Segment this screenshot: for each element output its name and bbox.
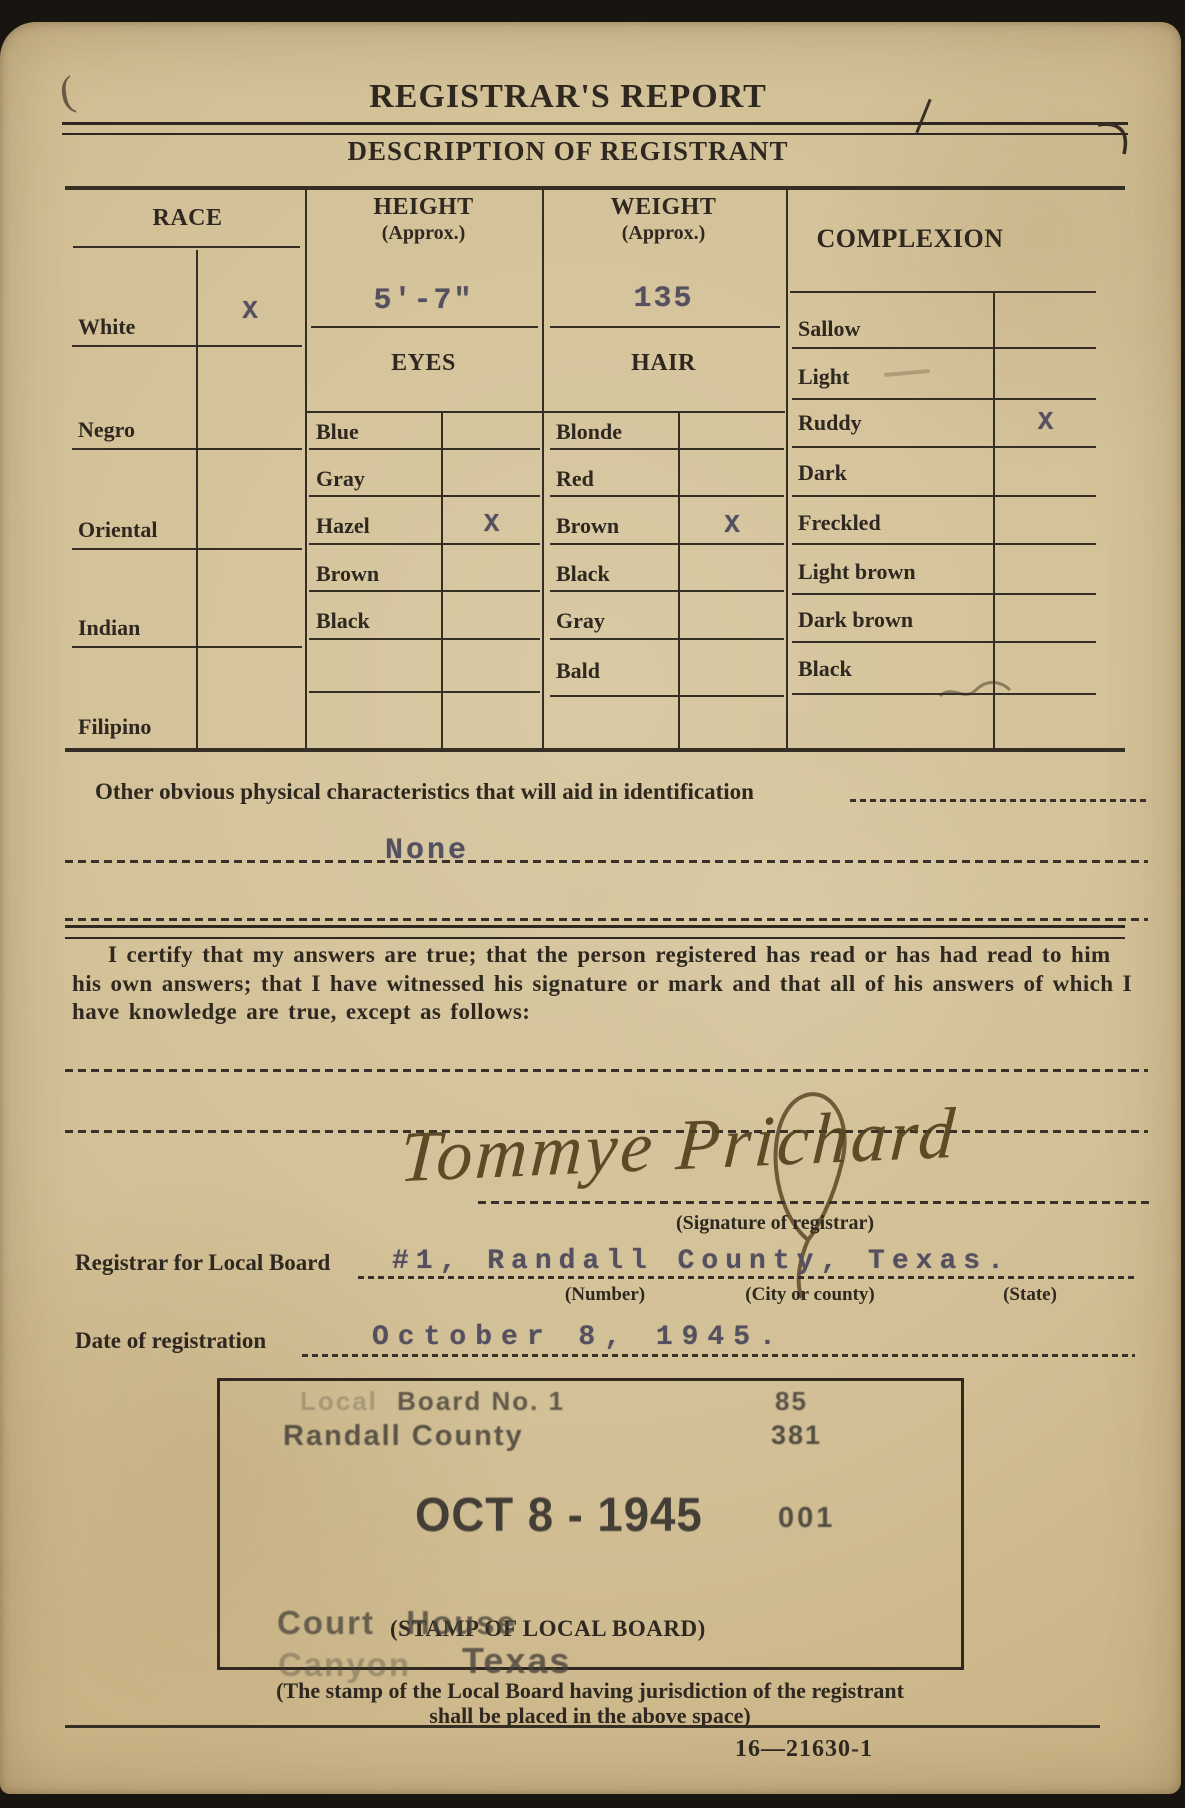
- section-rule: [65, 186, 1125, 190]
- complexion-row-line: [792, 543, 1096, 545]
- eyes-option-gray: Gray: [316, 466, 365, 492]
- hair-option-brown: Brown: [556, 513, 619, 539]
- race-row-line: [72, 345, 302, 347]
- weight-value: 135: [542, 282, 785, 316]
- write-in-line: [65, 860, 1148, 863]
- complexion-option-light: Light: [798, 364, 849, 390]
- eyes-row-line: [309, 448, 540, 450]
- registrar-label: Registrar for Local Board: [75, 1250, 330, 1276]
- signature-caption: (Signature of registrar): [600, 1212, 950, 1235]
- complexion-option-dark-brown: Dark brown: [798, 607, 913, 633]
- race-option-indian: Indian: [78, 615, 140, 641]
- registrar-value: #1, Randall County, Texas.: [392, 1246, 1011, 1277]
- race-option-negro: Negro: [78, 417, 135, 443]
- height-subheader: (Approx.): [305, 222, 542, 245]
- stamp-county-line: Randall County: [283, 1420, 524, 1453]
- hair-row-line: [550, 695, 784, 697]
- complexion-top-line: [790, 291, 1096, 293]
- title-rule: [62, 122, 1128, 135]
- complexion-option-freckled: Freckled: [798, 510, 881, 536]
- hair-option-red: Red: [556, 466, 594, 492]
- stamp-caption-line1: (The stamp of the Local Board having jur…: [140, 1678, 1040, 1704]
- table-bottom-rule: [65, 748, 1125, 752]
- race-row-line: [72, 646, 302, 648]
- complexion-row-line: [792, 398, 1096, 400]
- race-header-underline: [73, 246, 300, 248]
- hair-mark-brown: X: [680, 510, 784, 540]
- height-header: HEIGHT: [305, 194, 542, 221]
- write-in-line: [65, 1069, 1148, 1072]
- eyes-check-divider: [441, 411, 443, 750]
- complexion-check-divider: [993, 291, 995, 750]
- eyes-option-blue: Blue: [316, 419, 359, 445]
- hair-option-blonde: Blonde: [556, 419, 622, 445]
- write-in-line: [65, 918, 1148, 921]
- stamp-board-rest: Board No. 1: [397, 1386, 565, 1416]
- hair-option-bald: Bald: [556, 658, 600, 684]
- stamp-date: OCT 8 - 1945: [415, 1488, 703, 1543]
- eyes-mark-hazel: X: [443, 509, 540, 539]
- race-option-filipino: Filipino: [78, 714, 151, 740]
- hair-header: HAIR: [542, 350, 785, 377]
- certification-text: I certify that my answers are true; that…: [72, 941, 1132, 1027]
- section-title: DESCRIPTION OF REGISTRANT: [68, 136, 1068, 167]
- eyes-option-brown: Brown: [316, 561, 379, 587]
- complexion-row-line: [792, 495, 1096, 497]
- weight-complexion-divider: [786, 188, 788, 750]
- section-divider-rule: [65, 925, 1125, 939]
- stamp-state: Texas: [462, 1640, 571, 1682]
- registration-date-label: Date of registration: [75, 1328, 266, 1354]
- scanned-document: ( REGISTRAR'S REPORT DESCRIPTION OF REGI…: [0, 0, 1185, 1808]
- smudge-mark: [884, 369, 930, 377]
- registrar-sublabel-city: (City or county): [710, 1284, 910, 1306]
- hair-option-gray: Gray: [556, 608, 605, 634]
- height-value: 5'-7": [305, 284, 542, 318]
- eyes-option-hazel: Hazel: [316, 513, 370, 539]
- weight-value-underline: [550, 326, 780, 328]
- complexion-mark-ruddy: X: [995, 407, 1096, 437]
- form-number: 16—21630-1: [735, 1736, 873, 1763]
- complexion-option-black: Black: [798, 656, 852, 682]
- complexion-row-line: [792, 446, 1096, 448]
- stamp-board-number: 85: [775, 1386, 808, 1417]
- complexion-row-line: [792, 593, 1096, 595]
- race-row-line: [72, 448, 302, 450]
- complexion-option-ruddy: Ruddy: [798, 410, 862, 436]
- registration-date-dash-fill: [302, 1354, 1135, 1357]
- hair-row-line: [550, 590, 784, 592]
- race-option-oriental: Oriental: [78, 517, 157, 543]
- registration-date-value: October 8, 1945.: [372, 1322, 785, 1353]
- complexion-row-line: [792, 347, 1096, 349]
- complexion-header: COMPLEXION: [788, 224, 1032, 254]
- pencil-squiggle-mark: [938, 676, 1012, 706]
- eyes-empty-row-line: [309, 691, 540, 693]
- stamp-county-number: 381: [771, 1420, 822, 1451]
- complexion-option-sallow: Sallow: [798, 316, 860, 342]
- hair-row-line: [550, 543, 784, 545]
- complexion-row-line: [792, 693, 1096, 695]
- height-value-underline: [311, 326, 538, 328]
- eyes-header: EYES: [305, 350, 542, 377]
- weight-header: WEIGHT: [542, 194, 785, 221]
- complexion-row-line: [792, 641, 1096, 643]
- complexion-option-dark: Dark: [798, 460, 847, 486]
- page-title: REGISTRAR'S REPORT: [68, 78, 1068, 116]
- hair-row-line: [550, 448, 784, 450]
- eyes-hair-underline: [305, 411, 785, 413]
- race-row-line: [72, 548, 302, 550]
- registrar-sublabel-state: (State): [955, 1284, 1105, 1306]
- eyes-row-line: [309, 590, 540, 592]
- stamp-court-house: Court House: [277, 1604, 517, 1642]
- hair-check-divider: [678, 411, 680, 750]
- hair-option-black: Black: [556, 561, 610, 587]
- stamp-board-word-faint: Local: [300, 1386, 378, 1416]
- eyes-option-black: Black: [316, 608, 370, 634]
- race-header: RACE: [70, 205, 305, 232]
- stamp-serial-number: 001: [778, 1502, 835, 1535]
- registrar-sublabel-number: (Number): [530, 1284, 680, 1306]
- race-option-white: White: [78, 314, 135, 340]
- hair-row-line: [550, 495, 784, 497]
- characteristics-label: Other obvious physical characteristics t…: [95, 779, 754, 805]
- footer-rule: [65, 1725, 1100, 1728]
- pen-hook-mark: [1096, 120, 1138, 158]
- eyes-row-line: [309, 638, 540, 640]
- race-mark-white: X: [198, 296, 302, 326]
- eyes-row-line: [309, 543, 540, 545]
- eyes-row-line: [309, 495, 540, 497]
- characteristics-dash-fill: [850, 799, 1148, 802]
- stamp-board-line: Local Board No. 1: [300, 1386, 565, 1417]
- height-weight-divider: [542, 188, 544, 750]
- signature-line: [478, 1201, 1150, 1204]
- complexion-option-light-brown: Light brown: [798, 559, 916, 585]
- race-height-divider: [305, 188, 307, 750]
- hair-row-line: [550, 638, 784, 640]
- weight-subheader: (Approx.): [542, 222, 785, 245]
